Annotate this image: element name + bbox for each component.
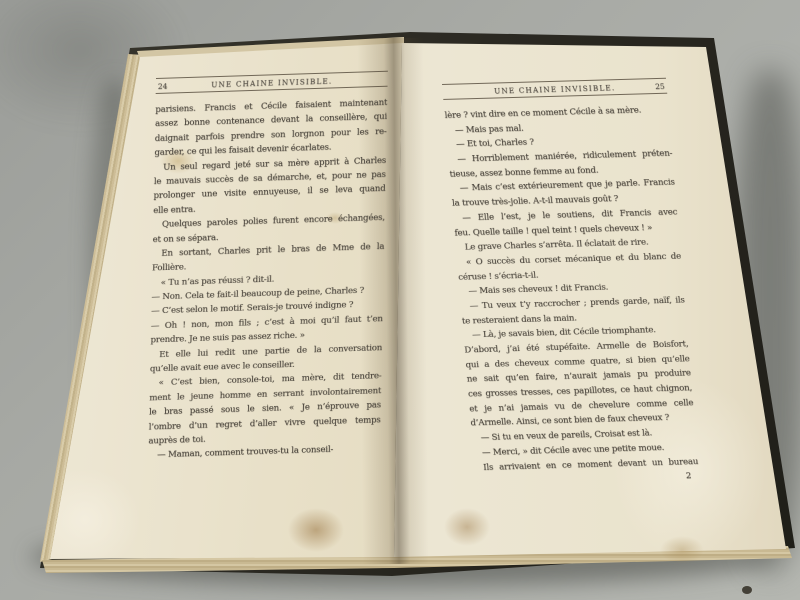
left-page-content: 24 UNE CHAINE INVISIBLE. parisiens. Fran…: [148, 71, 388, 463]
left-page-lines: parisiens. Francis et Cécile faisaient m…: [148, 96, 387, 463]
right-page-number: 25: [655, 82, 665, 91]
left-running-title: UNE CHAINE INVISIBLE.: [211, 76, 332, 89]
foxing-stain: [444, 508, 490, 546]
right-page-lines: lère ? vint dire en ce moment Cécile à s…: [444, 103, 699, 476]
right-running-title: UNE CHAINE INVISIBLE.: [494, 83, 616, 95]
photo-scene: 24 UNE CHAINE INVISIBLE. parisiens. Fran…: [0, 0, 800, 600]
foxing-stain: [660, 536, 704, 564]
right-page-content: UNE CHAINE INVISIBLE. 25 lère ? vint dir…: [442, 78, 700, 490]
dark-speck: [742, 586, 752, 594]
left-page-number: 24: [158, 82, 168, 91]
foxing-stain: [288, 508, 344, 552]
